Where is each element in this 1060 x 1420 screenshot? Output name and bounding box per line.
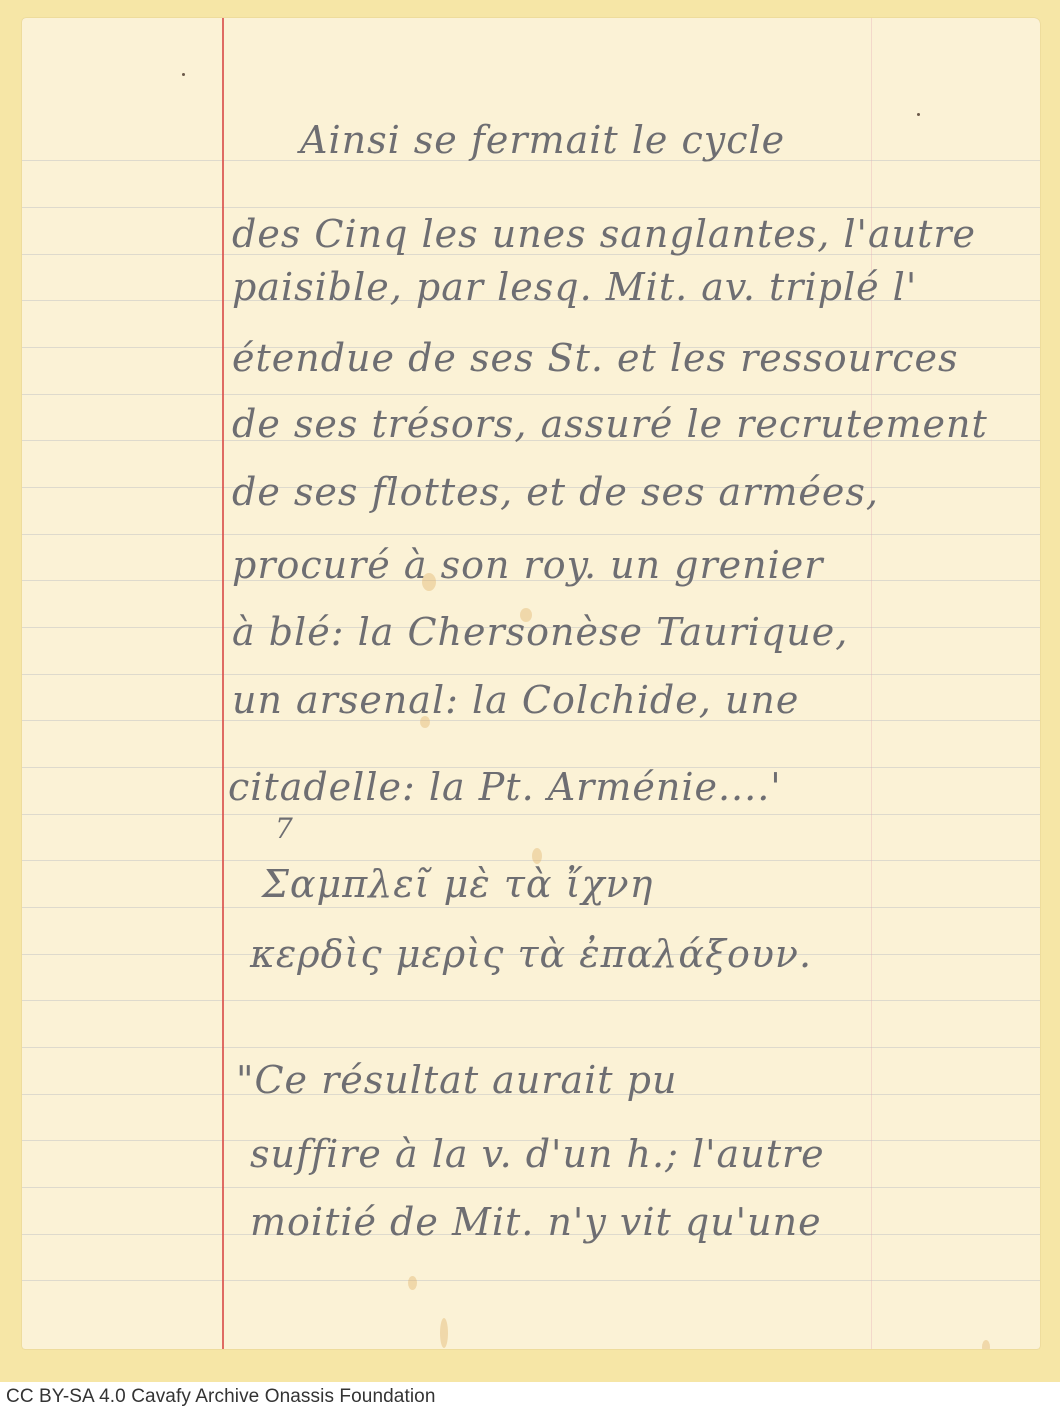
ruled-line [22, 860, 1040, 861]
handwritten-line: Ainsi se fermait le cycle [300, 118, 785, 162]
ruled-line [22, 207, 1040, 208]
ruled-line [22, 1047, 1040, 1048]
ink-speck [182, 73, 185, 76]
handwritten-line: "Ce résultat aurait pu [236, 1058, 677, 1102]
handwritten-line: des Cinq les unes sanglantes, l'autre [232, 212, 976, 256]
ruled-line [22, 1187, 1040, 1188]
foxing-stain [408, 1276, 417, 1290]
ruled-line [22, 1000, 1040, 1001]
handwritten-line: de ses trésors, assuré le recrutement [232, 402, 988, 446]
handwritten-line: paisible, par lesq. Mit. av. triplé l' [232, 265, 917, 309]
handwritten-line: procuré à son roy. un grenier [232, 543, 823, 587]
ruled-line [22, 907, 1040, 908]
handwritten-line: moitié de Mit. n'y vit qu'une [250, 1200, 822, 1244]
handwritten-line: un arsenal: la Colchide, une [232, 678, 799, 722]
handwritten-line: de ses flottes, et de ses armées, [232, 470, 879, 514]
scan-background: Ainsi se fermait le cycle des Cinq les u… [0, 0, 1060, 1382]
foxing-stain [982, 1340, 990, 1349]
ruled-line [22, 814, 1040, 815]
foxing-stain [440, 1318, 448, 1348]
handwritten-line-greek: κερδὶς μερὶς τὰ ἐπαλάξουν. [250, 932, 812, 976]
handwritten-line-greek: Σαμπλεῖ μὲ τὰ ἴχνη [262, 862, 653, 906]
handwritten-mark: 7 [275, 812, 294, 845]
handwritten-line: suffire à la v. d'un h.; l'autre [250, 1132, 825, 1176]
handwritten-line: citadelle: la Pt. Arménie....' [228, 765, 782, 809]
ruled-line [22, 394, 1040, 395]
manuscript-page: Ainsi se fermait le cycle des Cinq les u… [22, 18, 1040, 1349]
ruled-line [22, 674, 1040, 675]
ruled-line [22, 534, 1040, 535]
handwritten-line: étendue de ses St. et les ressources [232, 336, 959, 380]
red-margin-line [222, 18, 224, 1349]
ruled-line [22, 1280, 1040, 1281]
ink-speck [917, 113, 920, 116]
handwritten-line: à blé: la Chersonèse Taurique, [232, 610, 848, 654]
license-caption: CC BY-SA 4.0 Cavafy Archive Onassis Foun… [6, 1386, 436, 1408]
